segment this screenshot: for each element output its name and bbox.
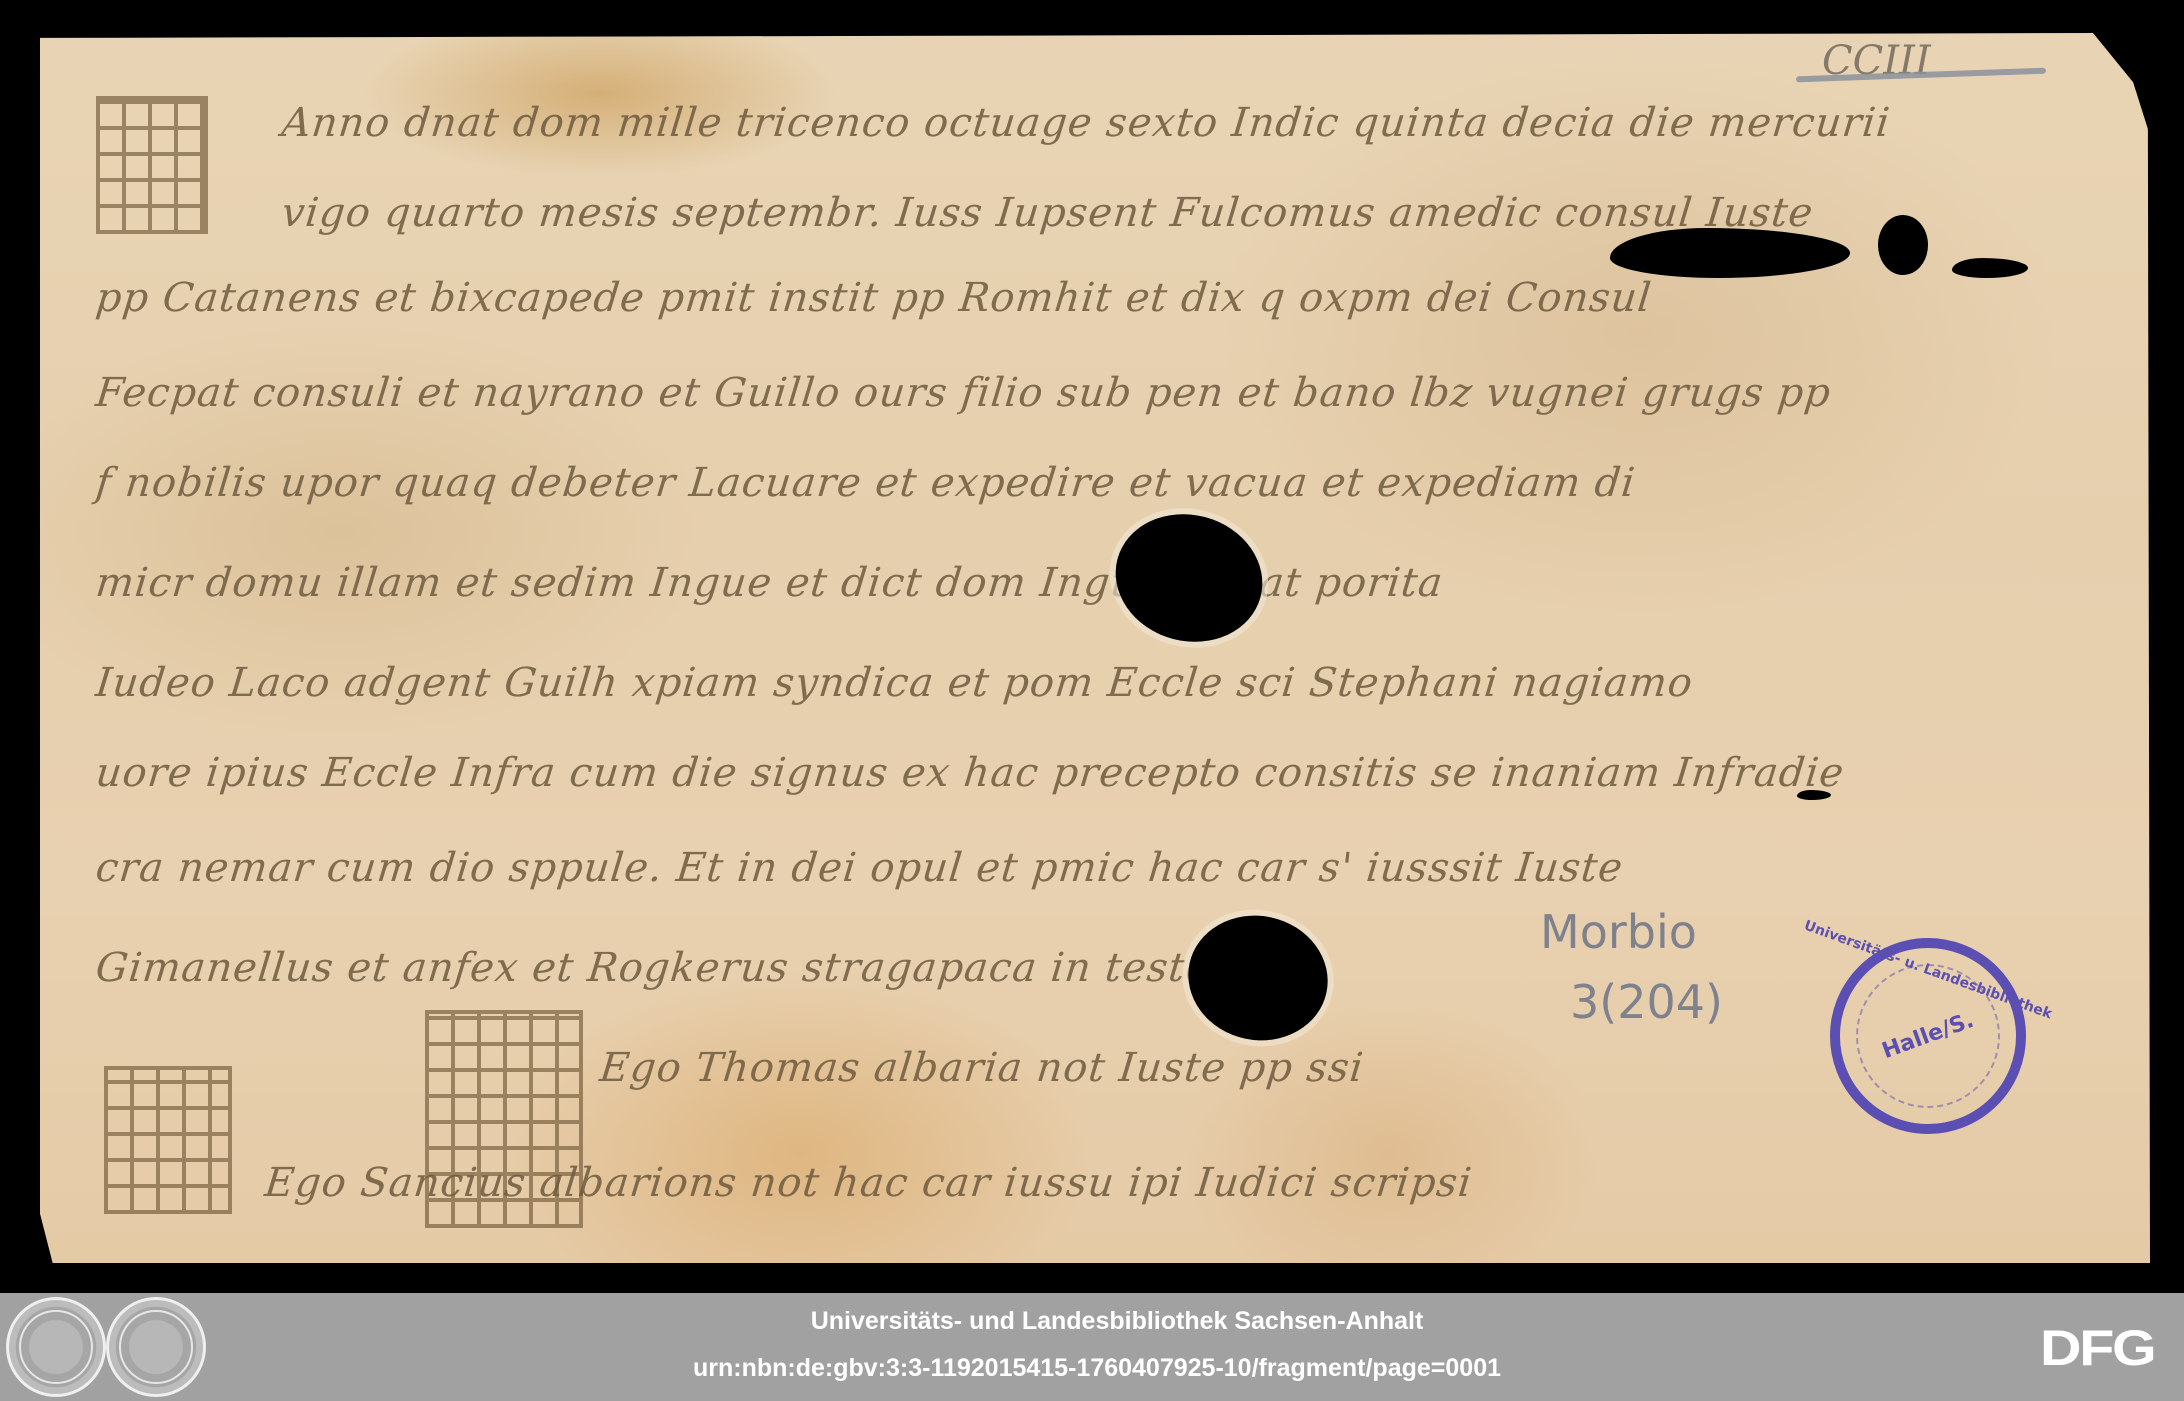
footer-bar: Universitäts- und Landesbibliothek Sachs… xyxy=(0,1293,2184,1401)
notary-signum-bottom-left-icon xyxy=(104,1066,232,1214)
charter-line-4: Fecpat consuli et nayrano et Guillo ours… xyxy=(94,370,1834,416)
charter-line-2: vigo quarto mesis septembr. Iuss Iupsent… xyxy=(280,190,1816,236)
urn-link[interactable]: urn:nbn:de:gbv:3:3-1192015415-1760407925… xyxy=(0,1354,2184,1383)
charter-line-8: uore ipius Eccle Infra cum die signus ex… xyxy=(94,750,1847,796)
notary-signum-top-left-icon xyxy=(96,96,208,234)
institution-name: Universitäts- und Landesbibliothek Sachs… xyxy=(0,1307,2184,1336)
charter-line-5: f nobilis upor quaq debeter Lacuare et e… xyxy=(94,460,1638,506)
charter-line-7: Iudeo Laco adgent Guilh xpiam syndica et… xyxy=(94,660,1696,706)
pencil-note-line-2: 3(204) xyxy=(1570,975,1723,1029)
charter-line-1: Anno dnat dom mille tricenco octuage sex… xyxy=(280,100,1893,146)
parchment-burn-damage-2 xyxy=(1878,215,1928,275)
library-stamp: Universitäts- u. Landesbibliothek Halle/… xyxy=(1830,938,2026,1134)
charter-line-10: Gimanellus et anfex et Rogkerus stragapa… xyxy=(94,945,1235,991)
document-scan: CCIII Anno dnat dom mille tricenco octua… xyxy=(0,0,2184,1293)
charter-line-3: pp Catanens et bixcapede pmit instit pp … xyxy=(94,275,1654,321)
pencil-note-line-1: Morbio xyxy=(1540,905,1697,959)
dfg-logo: DFG xyxy=(2040,1319,2154,1377)
charter-line-9: cra nemar cum dio sppule. Et in dei opul… xyxy=(94,845,1626,891)
charter-line-11: Ego Thomas albaria not Iuste pp ssi xyxy=(598,1045,1367,1091)
charter-line-12: Ego Sancius albarions not hac car iussu … xyxy=(263,1160,1475,1206)
